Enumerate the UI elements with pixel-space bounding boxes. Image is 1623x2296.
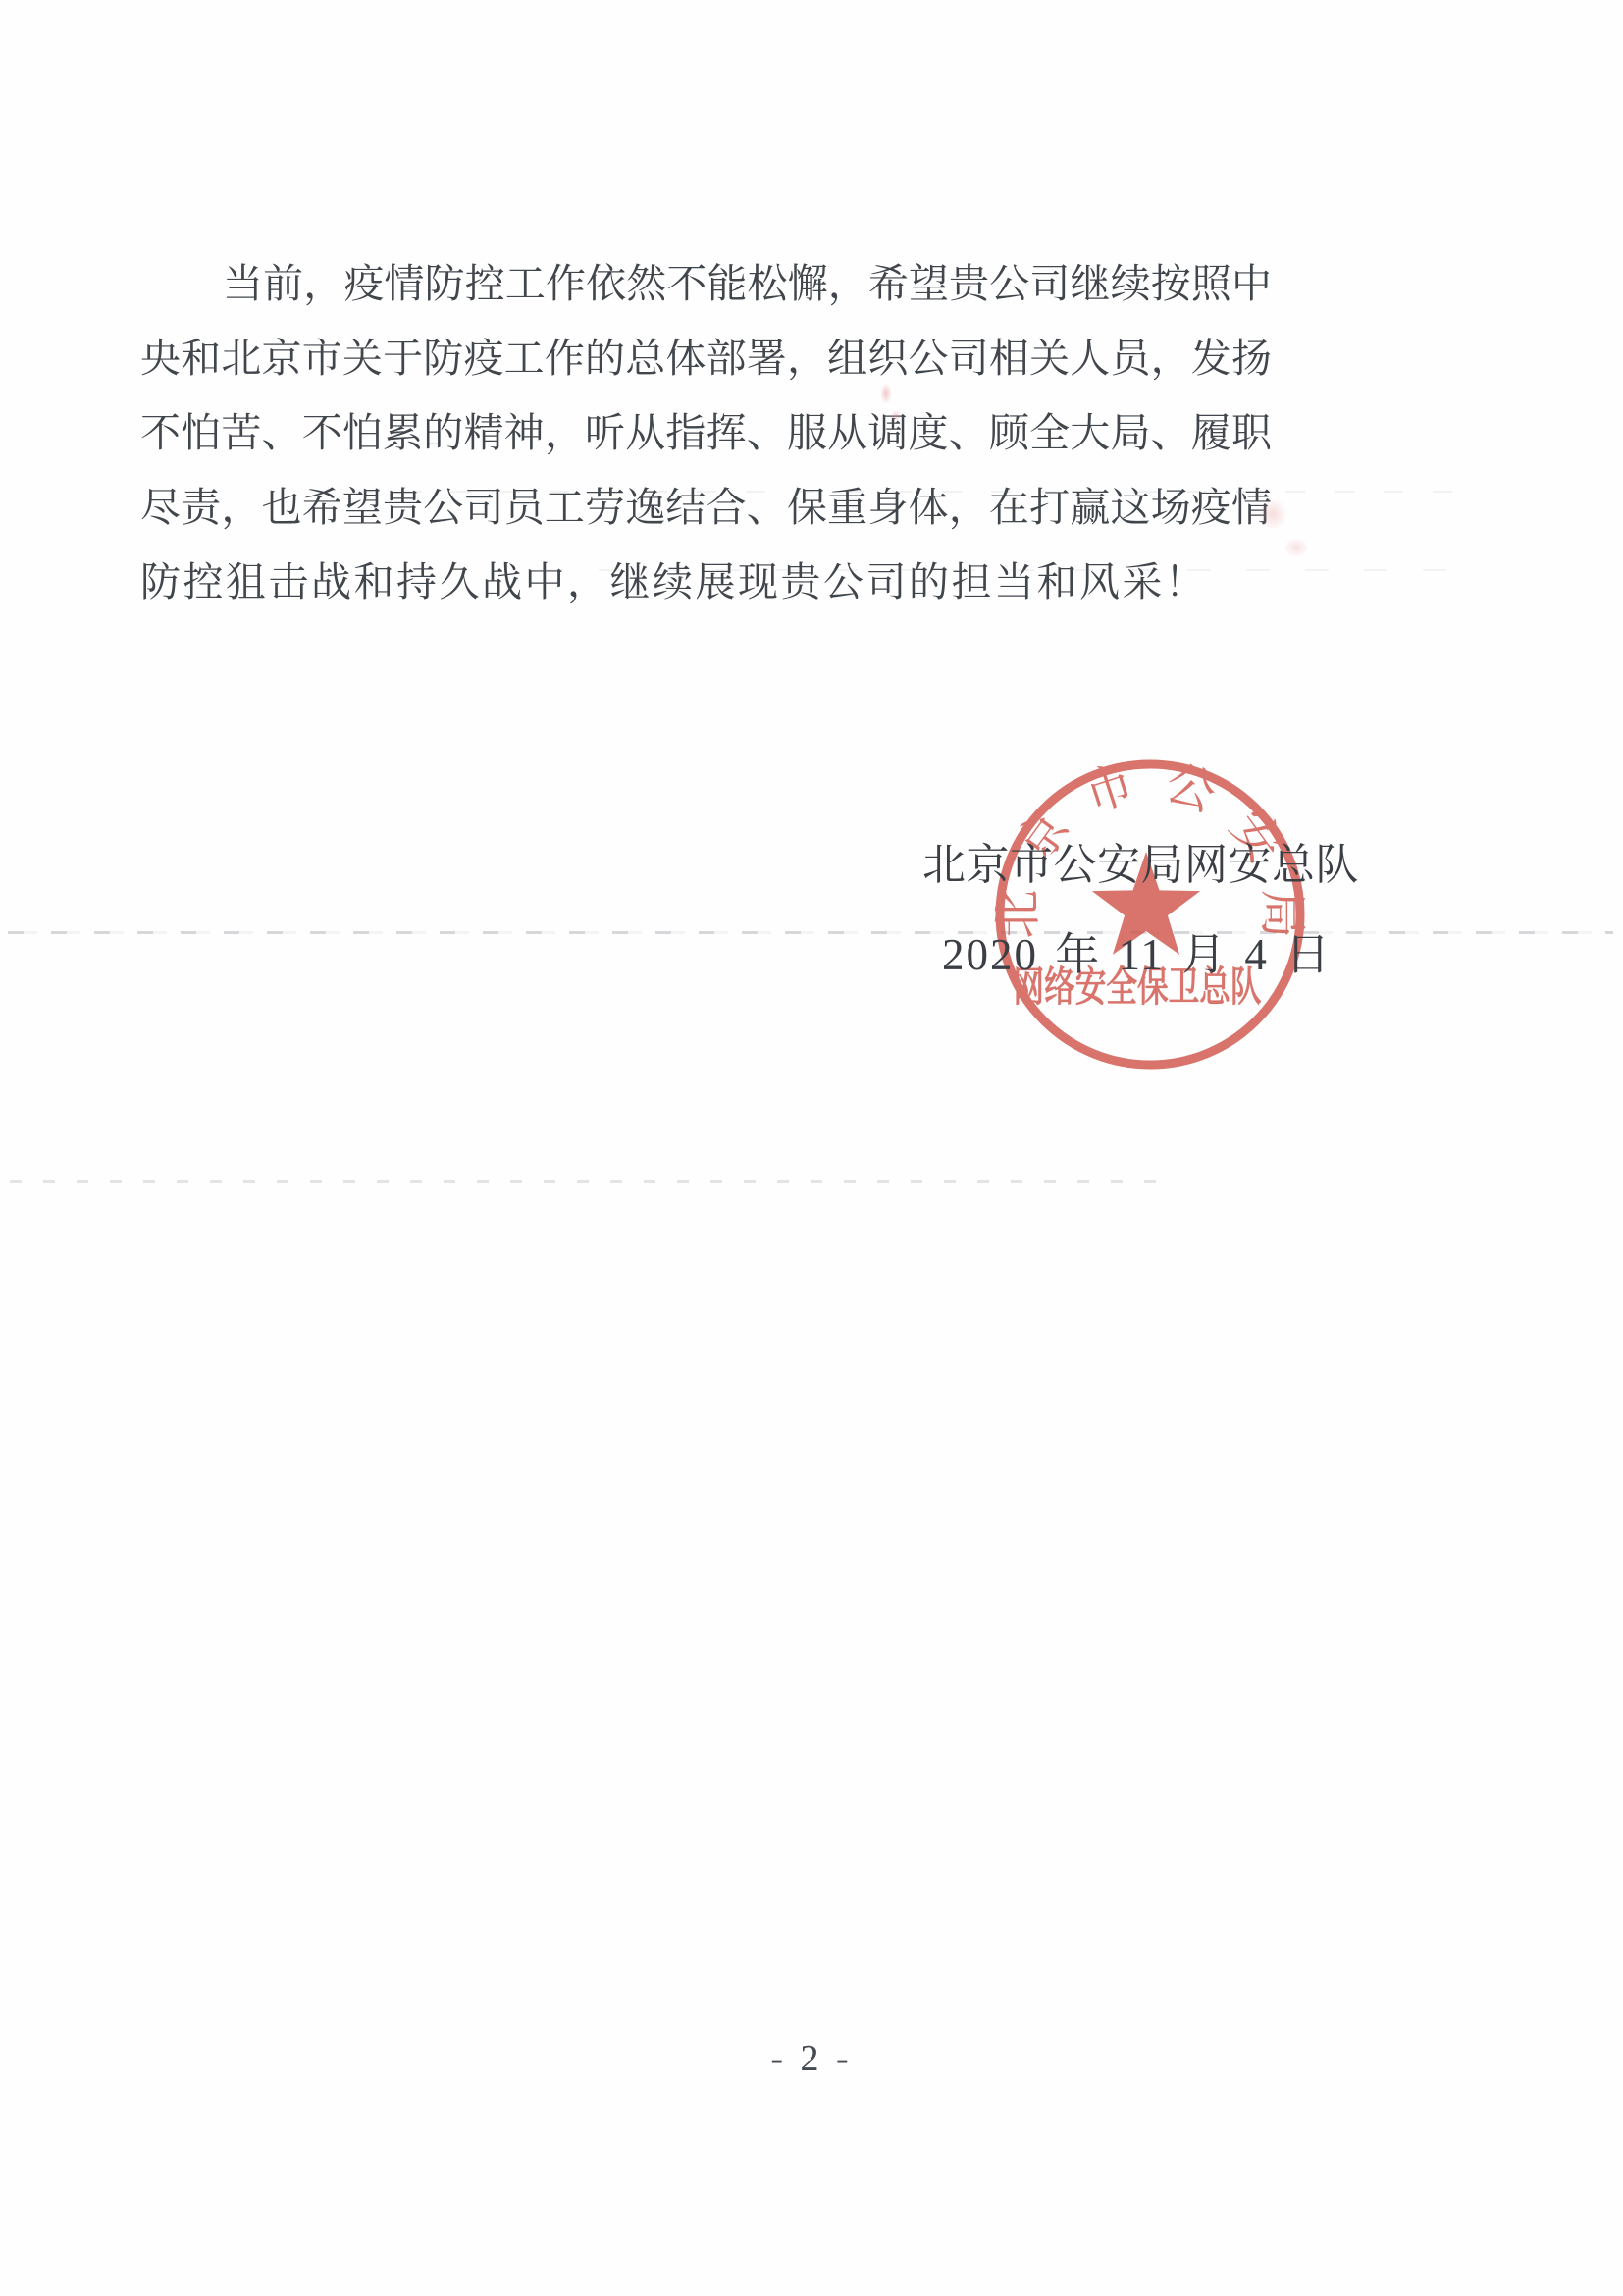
official-seal-stamp: 北京市公安局 网络安全保卫总队 — [985, 750, 1315, 1079]
scan-artifact-line — [8, 931, 1613, 934]
scanned-letter-page: 当前，疫情防控工作依然不能松懈，希望贵公司继续按照中 央和北京市关于防疫工作的总… — [0, 0, 1623, 2296]
paragraph-line-2: 央和北京市关于防疫工作的总体部署，组织公司相关人员，发扬 — [140, 334, 1272, 383]
seal-graphic: 北京市公安局 网络安全保卫总队 — [985, 750, 1315, 1079]
page-number: - 2 - — [0, 2037, 1623, 2080]
signature-organization: 北京市公安局网安总队 — [922, 829, 1359, 892]
scan-artifact-line — [540, 569, 1472, 571]
paragraph-line-5: 防控狙击战和持久战中，继续展现贵公司的担当和风采！ — [140, 557, 1272, 606]
ink-smudge — [1283, 538, 1309, 557]
paragraph-line-3: 不怕苦、不怕累的精神，听从指挥、服从调度、顾全大局、履职 — [140, 408, 1272, 457]
ink-smudge — [880, 383, 892, 404]
ink-smudge — [1258, 498, 1287, 530]
paragraph-line-1: 当前，疫情防控工作依然不能松懈，希望贵公司继续按照中 — [140, 259, 1272, 308]
signature-date: 2020 年 11 月 4 日 — [942, 918, 1332, 982]
scan-artifact-line — [10, 1180, 1158, 1183]
scan-artifact-line — [353, 491, 1472, 493]
ink-smudge — [891, 410, 901, 422]
